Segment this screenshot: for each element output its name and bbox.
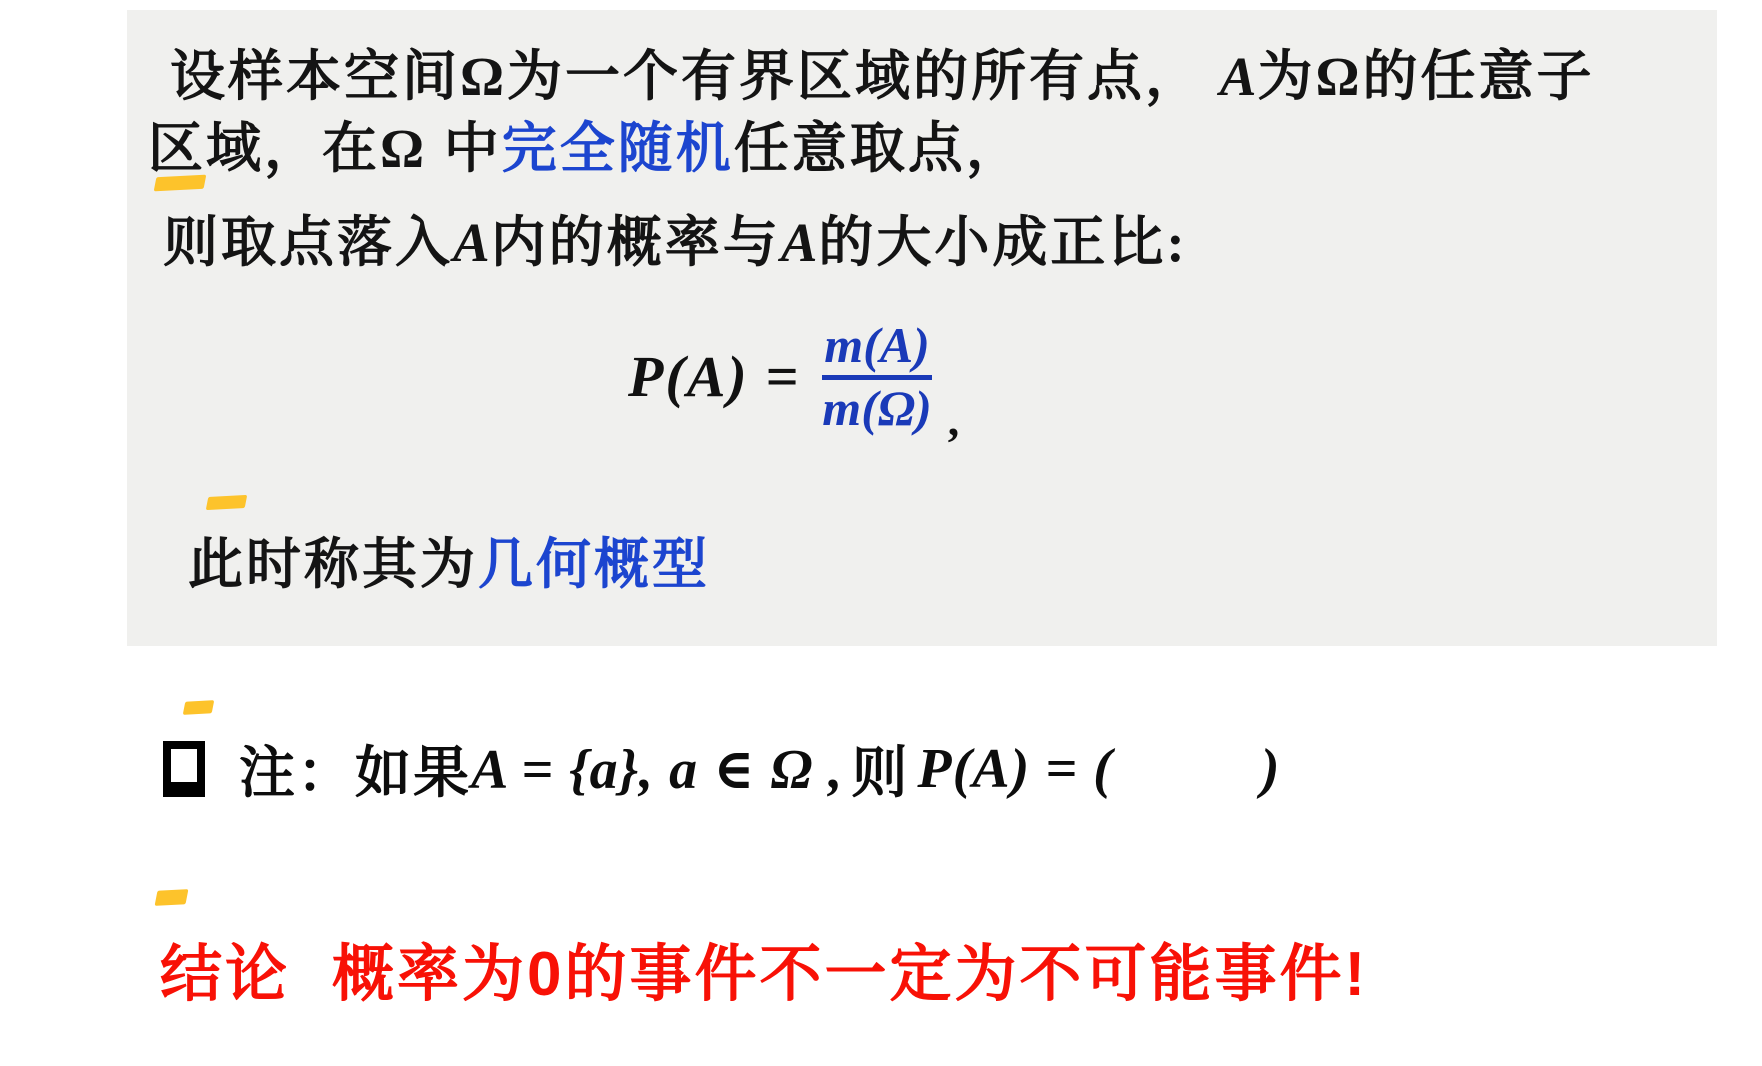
- math-symbol-A: A: [781, 212, 819, 273]
- fraction-numerator: m(A): [824, 318, 930, 372]
- math-symbol-A: A: [453, 212, 491, 273]
- conclusion-line: 结论概率为0的事件不一定为不可能事件!: [160, 924, 1368, 1013]
- definition-line-1: 设样本空间Ω为一个有界区域的所有点， A为Ω的任意子: [170, 32, 1595, 111]
- text-run: 内的概率与: [491, 212, 781, 273]
- math-symbol-A: A: [1220, 46, 1258, 107]
- highlighted-term-geometric: 几何概型: [478, 534, 710, 595]
- formula-lhs: P(A) =: [628, 343, 800, 410]
- highlight-dash-icon: [206, 495, 248, 510]
- text-run: 设样本空间Ω为一个有界区域的所有点，: [170, 46, 1220, 107]
- conclusion-label: 结论: [160, 940, 290, 1009]
- note-math-prob: P(A) = (: [917, 737, 1112, 801]
- fraction-bar: [822, 375, 932, 380]
- text-run: 此时称其为: [188, 534, 478, 595]
- text-run: 为Ω的任意子: [1257, 46, 1594, 107]
- slide: 设样本空间Ω为一个有界区域的所有点， A为Ω的任意子 区域，在Ω 中完全随机任意…: [0, 0, 1762, 1066]
- fraction-denominator: m(Ω): [822, 381, 932, 435]
- note-prefix: 注：如果: [239, 729, 471, 809]
- text-run: 区域，在Ω 中: [148, 118, 502, 179]
- probability-formula: P(A) = m(A) m(Ω) ,: [628, 300, 959, 452]
- definition-line-2: 区域，在Ω 中完全随机任意取点，: [148, 104, 1024, 183]
- square-bullet-icon: [163, 741, 205, 797]
- note-close-paren: ): [1261, 737, 1281, 801]
- text-run: 的大小成正比:: [818, 212, 1187, 273]
- note-line: 注：如果A = {a}, a ∈ Ω ,则P(A) = (): [163, 726, 1280, 812]
- highlight-dash-icon: [155, 889, 189, 906]
- highlight-dash-icon: [183, 700, 215, 715]
- definition-line-3: 则取点落入A内的概率与A的大小成正比:: [163, 198, 1188, 277]
- formula-comma: ,: [948, 393, 960, 446]
- text-run: 则取点落入: [163, 212, 453, 273]
- definition-line-4: 此时称其为几何概型: [188, 520, 710, 599]
- text-run: 任意取点，: [734, 118, 1024, 179]
- note-then: 则: [851, 729, 909, 809]
- conclusion-text: 概率为0的事件不一定为不可能事件!: [332, 940, 1368, 1009]
- highlight-dash-icon: [154, 175, 207, 192]
- formula-fraction: m(A) m(Ω): [822, 318, 932, 435]
- note-math-set: A = {a}, a ∈ Ω ,: [471, 736, 843, 802]
- highlighted-term-random: 完全随机: [502, 118, 734, 179]
